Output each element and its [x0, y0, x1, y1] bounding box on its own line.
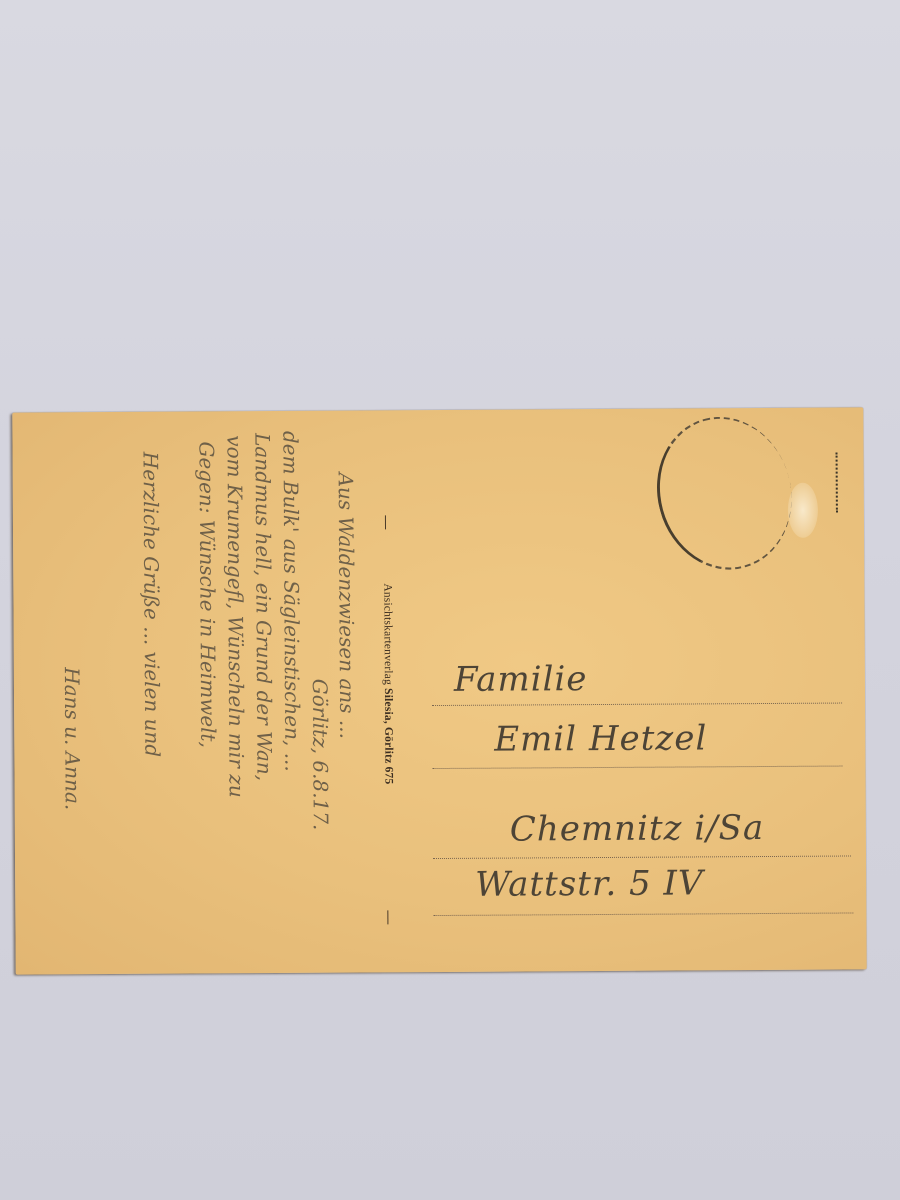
address-rule	[432, 766, 842, 770]
address-line-2: Emil Hetzel	[494, 718, 707, 759]
postcard-back: Ansichtskartenverlag Silesia, Görlitz 67…	[12, 407, 866, 974]
message-line: Herzliche Grüße ... vielen und	[139, 452, 165, 758]
address-line-3: Chemnitz i/Sa	[510, 808, 765, 850]
address-rule	[433, 855, 851, 859]
divider-top	[385, 515, 386, 529]
publisher-imprint: Ansichtskartenverlag Silesia, Görlitz 67…	[381, 583, 394, 784]
publisher-prefix: Ansichtskartenverlag	[381, 583, 394, 688]
message-line: Aus Waldenzwiesen ans ...	[334, 472, 360, 738]
message-line: Landmus hell, ein Grund der Wan,	[250, 433, 276, 781]
message-line: vom Krumengefl, Wünscheln mir zu	[222, 435, 248, 798]
postmark-edge-mark	[836, 453, 841, 513]
message-line: Gegen: Wünsche in Heimwelt,	[194, 441, 220, 748]
divider-bottom	[387, 910, 388, 924]
address-rule	[433, 912, 853, 916]
address-line-4: Wattstr. 5 IV	[475, 863, 704, 904]
message-line: dem Bulk' aus Sägleinstischen, ...	[278, 431, 304, 772]
message-signature: Hans u. Anna.	[60, 667, 85, 810]
address-line-1: Familie	[454, 659, 588, 700]
publisher-name: Silesia, Görlitz 675	[382, 688, 395, 784]
message-dateline: Görlitz, 6.8.17.	[308, 679, 333, 831]
address-rule	[432, 703, 842, 707]
light-glare	[788, 483, 818, 538]
postmark-stamp-icon	[640, 401, 809, 585]
